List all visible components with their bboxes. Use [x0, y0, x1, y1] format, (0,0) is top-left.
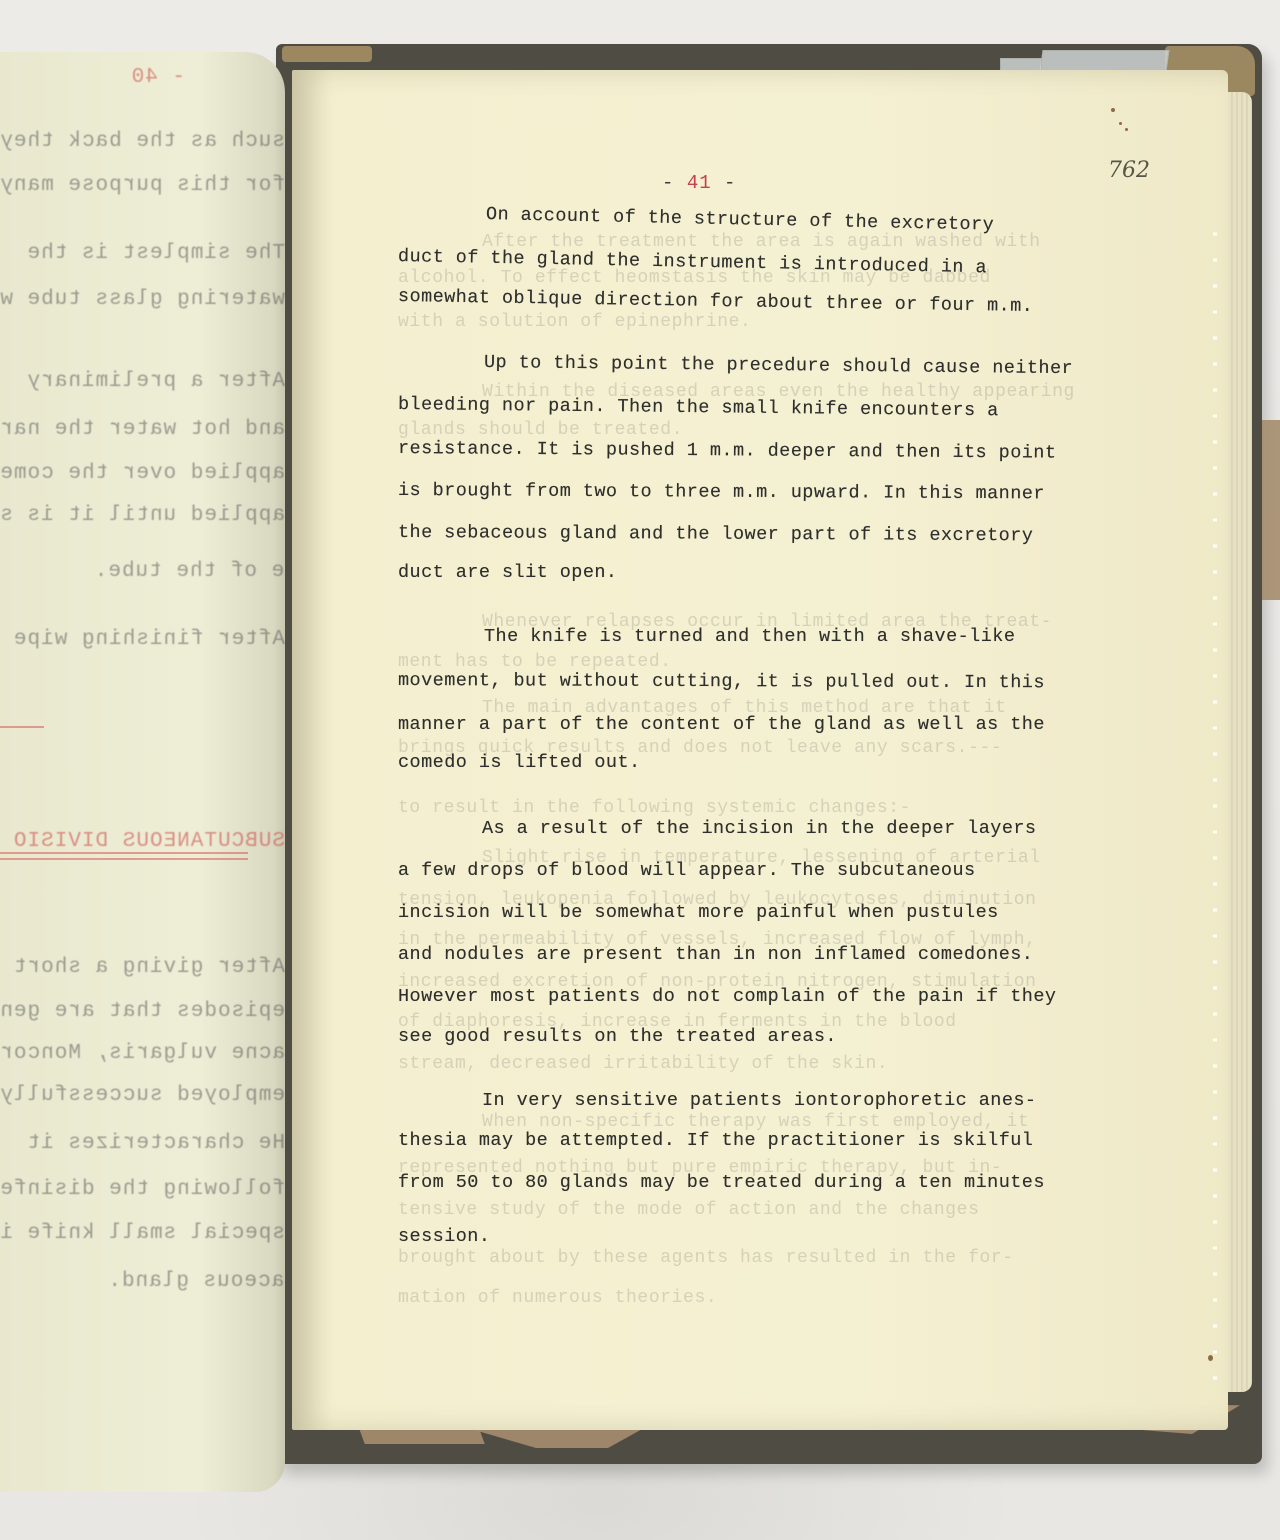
ghost-line: tensive study of the mode of action and … — [398, 1200, 980, 1220]
handwritten-archive-number: 762 — [1108, 158, 1150, 183]
left-mirrored-line: special small knife is in — [0, 1222, 285, 1245]
left-mirrored-line: He characterizes it — [0, 1132, 285, 1155]
paragraph-2-line-4: is brought from two to three m.m. upward… — [398, 480, 1045, 504]
paragraph-4-line-6: see good results on the treated areas. — [398, 1026, 837, 1047]
page-number-suffix: - — [712, 172, 737, 194]
left-heading-underline — [0, 852, 248, 854]
left-mirrored-line: watering glass tube with t — [0, 288, 285, 311]
left-rule — [0, 726, 44, 728]
left-page: - 40 such as the back they shoul for thi… — [0, 52, 285, 1492]
ghost-line: with a solution of epinephrine. — [398, 312, 751, 332]
paragraph-4-line-4: and nodules are present than in non infl… — [398, 944, 1033, 965]
worn-cover-top-left — [282, 46, 372, 62]
paragraph-4-line-3: incision will be somewhat more painful w… — [398, 902, 999, 923]
left-mirrored-line: sebaceous gland. — [40, 1270, 285, 1293]
ghost-line: ment has to be repeated. — [398, 652, 672, 672]
left-mirrored-line: employed successfully f — [0, 1084, 285, 1107]
page-number-prefix: - — [662, 172, 687, 194]
paragraph-5-line-3: from 50 to 80 glands may be treated duri… — [398, 1172, 1045, 1193]
left-mirrored-line: following the disinfection — [0, 1178, 285, 1201]
left-mirrored-line: After finishing wipe — [0, 628, 285, 651]
paragraph-5-line-4: session. — [398, 1226, 490, 1247]
perforation-holes — [1213, 210, 1217, 1390]
paragraph-2-line-6: duct are slit open. — [398, 562, 617, 583]
page-block-edges — [1228, 92, 1252, 1392]
left-section-heading: SUBCUTANEOUS DIVISIO — [0, 830, 285, 853]
left-mirrored-line: such as the back they shoul — [0, 130, 285, 153]
ghost-line: glands should be treated. — [398, 420, 683, 440]
ghost-line: brought about by these agents has result… — [398, 1248, 1014, 1268]
paragraph-5-line-2: thesia may be attempted. If the practiti… — [398, 1130, 1033, 1151]
foxing-spot — [1111, 108, 1115, 112]
left-mirrored-line: After a preliminary — [0, 370, 285, 393]
paragraph-5-line-1: In very sensitive patients iontorophoret… — [482, 1090, 1037, 1111]
paragraph-4-line-5: However most patients do not complain of… — [398, 986, 1056, 1007]
ghost-line: stream, decreased irritability of the sk… — [398, 1054, 888, 1074]
left-mirrored-line: acne vulgaris, Moncorps de — [0, 1042, 285, 1065]
page-number-value: 41 — [687, 172, 712, 194]
left-mirrored-line: for this purpose many comed — [0, 174, 285, 197]
paragraph-4-line-1: As a result of the incision in the deepe… — [482, 818, 1037, 839]
left-mirrored-line: and hot water the narrow en — [0, 418, 285, 441]
paragraph-3-line-1: The knife is turned and then with a shav… — [484, 626, 1015, 647]
paragraph-3-line-3: manner a part of the content of the glan… — [398, 714, 1045, 735]
paragraph-4-line-2: a few drops of blood will appear. The su… — [398, 860, 976, 881]
left-mirrored-line: edge of the tube. — [40, 560, 285, 583]
left-heading-underline — [0, 858, 248, 860]
paragraph-3-line-2: movement, but without cutting, it is pul… — [398, 670, 1045, 693]
foxing-spot — [1119, 122, 1122, 125]
foxing-spot — [1125, 128, 1128, 131]
kraft-paper-repair-side — [1262, 420, 1280, 600]
paragraph-3-line-4: comedo is lifted out. — [398, 752, 641, 773]
ghost-line: When non-specific therapy was first empl… — [482, 1112, 1029, 1132]
left-mirrored-line: applied until it is seen to — [0, 504, 285, 527]
left-page-number: - 40 — [0, 66, 185, 89]
paragraph-2-line-5: the sebaceous gland and the lower part o… — [398, 522, 1033, 546]
left-mirrored-line: applied over the comedo and — [0, 462, 285, 485]
ghost-line: to result in the following systemic chan… — [398, 798, 911, 818]
left-mirrored-line: The simplest is the — [0, 242, 285, 265]
left-mirrored-line: episodes that are generally — [0, 1000, 285, 1023]
ghost-line: mation of numerous theories. — [398, 1288, 717, 1308]
left-mirrored-line: After giving a short — [0, 956, 285, 979]
page-number: - 41 - — [662, 172, 736, 194]
foxing-spot — [1208, 1355, 1213, 1361]
